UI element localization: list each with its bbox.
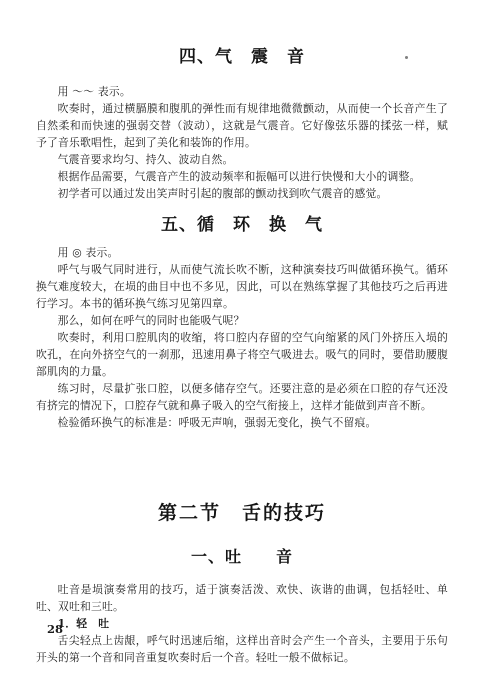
section-title-circular-breathing: 五、循 环 换 气 bbox=[36, 214, 448, 236]
paragraph: 根据作品需要，气震音产生的波动频率和振幅可以进行快慢和大小的调整。 bbox=[36, 168, 448, 185]
subsection-heading-light-tonguing: 1．轻 吐 bbox=[36, 615, 448, 632]
paragraph: 检验循环换气的标准是：呼吸无声响，强弱无变化，换气不留痕。 bbox=[36, 414, 448, 431]
paragraph: 那么，如何在呼气的同时也能吸气呢？ bbox=[36, 312, 448, 329]
paragraph: 吹奏时，利用口腔肌肉的收缩，将口腔内存留的空气向缩紧的风门外挤压入埙的吹孔，在向… bbox=[36, 329, 448, 380]
paragraph: 练习时，尽量扩张口腔，以便多储存空气。还要注意的是必须在口腔的存气还没有挤完的情… bbox=[36, 380, 448, 414]
page-number: 28 bbox=[47, 622, 63, 636]
section-body-tonguing: 吐音是埙演奏常用的技巧，适于演奏活泼、欢快、诙谐的曲调，包括轻吐、单吐、双吐和三… bbox=[36, 581, 448, 666]
section-body-circular-breathing: 用 ◎ 表示。 呼气与吸气同时进行，从而使气流长吹不断，这种演奏技巧叫做循环换气… bbox=[36, 244, 448, 431]
paragraph: 吹奏时，通过横膈膜和腹肌的弹性而有规律地微微颤动，从而使一个长音产生了自然柔和而… bbox=[36, 100, 448, 151]
paragraph: 呼气与吸气同时进行，从而使气流长吹不断，这种演奏技巧叫做循环换气。循环换气难度较… bbox=[36, 261, 448, 312]
paragraph-notation: 用 ◎ 表示。 bbox=[36, 244, 448, 261]
paragraph: 气震音要求均匀、持久、波动自然。 bbox=[36, 151, 448, 168]
scanned-book-page: 四、气 震 音 用 ～～ 表示。 吹奏时，通过横膈膜和腹肌的弹性而有规律地微微颤… bbox=[0, 0, 482, 690]
paragraph: 舌尖轻点上齿龈，呼气时迅速后缩，这样出音时会产生一个音头，主要用于乐句开头的第一… bbox=[36, 632, 448, 666]
section-title-breath-vibrato: 四、气 震 音 bbox=[36, 46, 448, 68]
chapter-section-heading-tongue-technique: 第二节 舌的技巧 bbox=[36, 501, 448, 526]
section-body-breath-vibrato: 用 ～～ 表示。 吹奏时，通过横膈膜和腹肌的弹性而有规律地微微颤动，从而使一个长… bbox=[36, 83, 448, 202]
paragraph-notation: 用 ～～ 表示。 bbox=[36, 83, 448, 100]
paragraph: 初学者可以通过发出笑声时引起的腹部的颤动找到吹气震音的感觉。 bbox=[36, 185, 448, 202]
section-title-tonguing: 一、吐 音 bbox=[36, 546, 448, 567]
paragraph: 吐音是埙演奏常用的技巧，适于演奏活泼、欢快、诙谐的曲调，包括轻吐、单吐、双吐和三… bbox=[36, 581, 448, 615]
page-content: 四、气 震 音 用 ～～ 表示。 吹奏时，通过横膈膜和腹肌的弹性而有规律地微微颤… bbox=[36, 0, 448, 666]
